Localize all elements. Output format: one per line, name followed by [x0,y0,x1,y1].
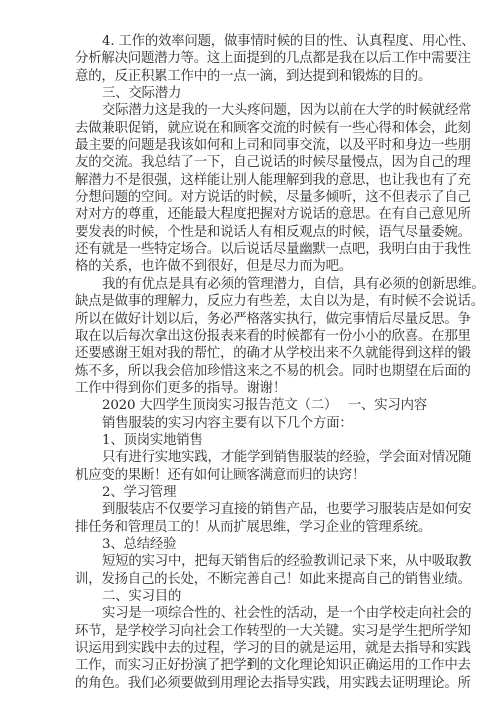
paragraph-line: 的角色。我们必须要做到用理论去指导实践，用实践去证明理论。所 [75,675,427,692]
paragraph-line: 交际潜力这是我的一大头疼问题，因为以前在大学的时候就经常 [75,102,427,119]
paragraph-line: 取在以后每次拿出这份报表来看的时候都有一份小小的欣喜。在那里 [75,328,427,345]
paragraph-line: 短短的实习中，把每天销售后的经验教训记录下来，从中吸取教 [75,553,427,570]
paragraph-line: 缺点是做事的理解力，反应力有些差，太自以为是，有时候不会说话。 [75,293,427,310]
paragraph-line: 4. 工作的效率问题，做事情时候的目的性、认真程度、用心性、 [75,33,427,50]
subsection-heading: 3、总结经验 [75,536,427,553]
paragraph-line: 最主要的问题是我该如何和上司和同事交流，以及平时和身边一些朋 [75,137,427,154]
paragraph-line: 只有进行实地实践，才能学到销售服装的经验，学会面对情况随 [75,449,427,466]
section-heading: 三、交际潜力 [75,85,427,102]
paragraph-line: 解潜力不是很强，这样能让别人能理解到我的意思，也让我也有了充 [75,172,427,189]
section-heading: 二、实习目的 [75,588,427,605]
subsection-heading: 2、学习管理 [75,484,427,501]
article-title: 2020 大四学生顶岗实习报告范文（二） [102,397,337,414]
paragraph-line: 我的有优点是具有必须的管理潜力，自信，具有必须的创新思维。 [75,276,427,293]
paragraph-line: 分想问题的空间。对方说话的时候，尽量多倾听，这不但表示了自己 [75,189,427,206]
paragraph-line: 还有就是一些特定场合。以后说话尽量幽默一点吧，我明白由于我性 [75,241,427,258]
subsection-heading: 1、顶岗实地销售 [75,432,427,449]
paragraph-line: 机应变的果断！还有如何让顾客满意而归的诀窍！ [75,467,427,484]
paragraph-line: 友的交流。我总结了一下，自己说话的时候尽量慢点，因为自己的理 [75,154,427,171]
paragraph-line: 到服装店不仅要学习直接的销售产品，也要学习服装店是如何安 [75,501,427,518]
paragraph-line: 要发表的时候，个性是和说话人有相反观点的时候，语气尽量委婉。 [75,224,427,241]
paragraph-line: 还要感谢王姐对我的帮忙，的确才从学校出来不久就能得到这样的锻 [75,345,427,362]
paragraph-line: 工作中得到你们更多的指导。谢谢！ [75,380,427,397]
paragraph-line: 对对方的尊重，还能最大程度把握对方说话的意思。在有自己意见所 [75,206,427,223]
section-heading: 一、实习内容 [348,397,427,414]
paragraph-line: 识运用到实践中去的过程，学习的目的就是运用，就是去指导和实践 [75,640,427,657]
document-page: 4. 工作的效率问题，做事情时候的目的性、认真程度、用心性、 分析解决问题潜力等… [75,33,427,692]
article-title-line: 2020 大四学生顶岗实习报告范文（二） 一、实习内容 [75,397,427,414]
paragraph-line: 所以在做好计划以后，务必严格落实执行，做完事情后尽量反思。争 [75,311,427,328]
paragraph-line: 分析解决问题潜力等。这上面提到的几点都是我在以后工作中需要注 [75,50,427,67]
paragraph-line: 销售服装的实习内容主要有以下几个方面： [75,415,427,432]
paragraph-line: 意的，反正积累工作中的一点一滴，到达提到和锻炼的目的。 [75,68,427,85]
spacer [337,397,348,414]
paragraph-line: 排任务和管理员工的！从而扩展思维，学习企业的管理系统。 [75,519,427,536]
paragraph-line: 格的关系，也许做不到很好，但是尽力而为吧。 [75,258,427,275]
paragraph-line: 去做兼职促销，就应说在和顾客交流的时候有一些心得和体会，此刻 [75,120,427,137]
paragraph-line: 训，发扬自己的长处，不断完善自己！如此来提高自己的销售业绩。 [75,571,427,588]
page-number: 2 [0,658,500,668]
paragraph-line: 环节，是学校学习向社会工作转型的一大关键。实习是学生把所学知 [75,623,427,640]
paragraph-line: 实习是一项综合性的、社会性的活动，是一个由学校走向社会的 [75,605,427,622]
paragraph-line: 炼不多，所以我会倍加珍惜这来之不易的机会。同时也期望在后面的 [75,363,427,380]
